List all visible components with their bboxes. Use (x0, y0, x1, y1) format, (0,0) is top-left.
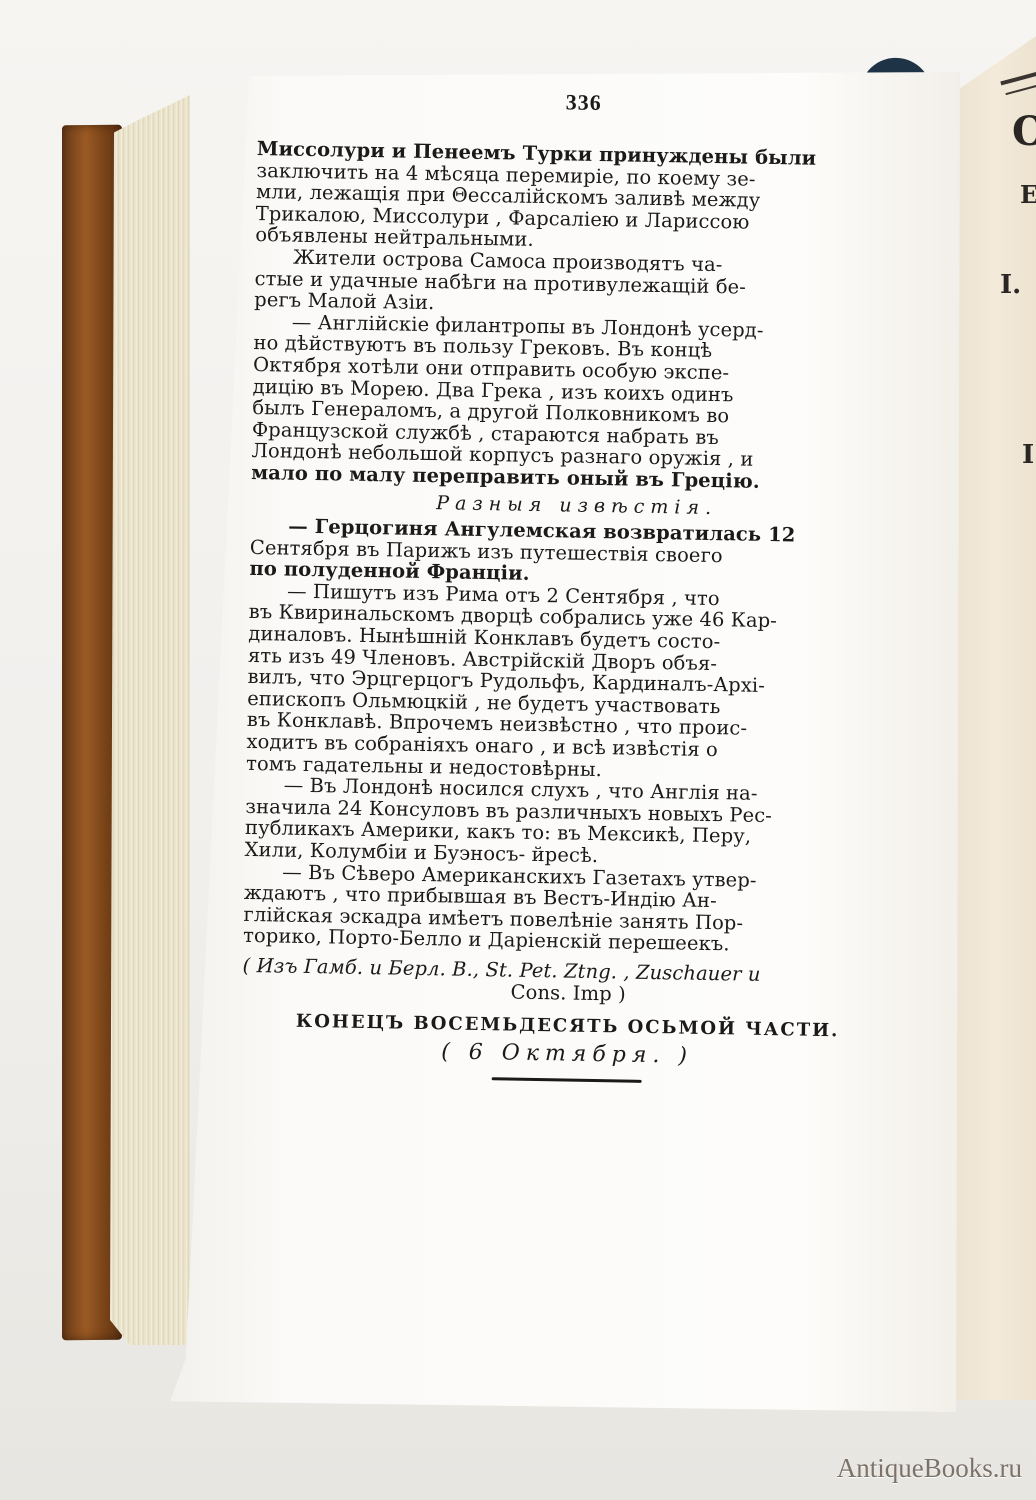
end-of-part-title: Конецъ восемьдесять осьмой части. (241, 1010, 893, 1043)
facing-page-fragment: О (1012, 108, 1036, 155)
page-block-edge (110, 95, 190, 1345)
facing-page-fragment: I. (1000, 270, 1021, 300)
facing-page-fragment: I (1022, 440, 1034, 470)
facing-page-fragment: Е (1020, 180, 1036, 209)
page-text: 336 Миссолури и Пенеемъ Турки принуждены… (241, 84, 910, 1088)
watermark: AntiqueBooks.ru (837, 1453, 1022, 1484)
end-date: ( 6 Октября. ) (241, 1038, 893, 1071)
